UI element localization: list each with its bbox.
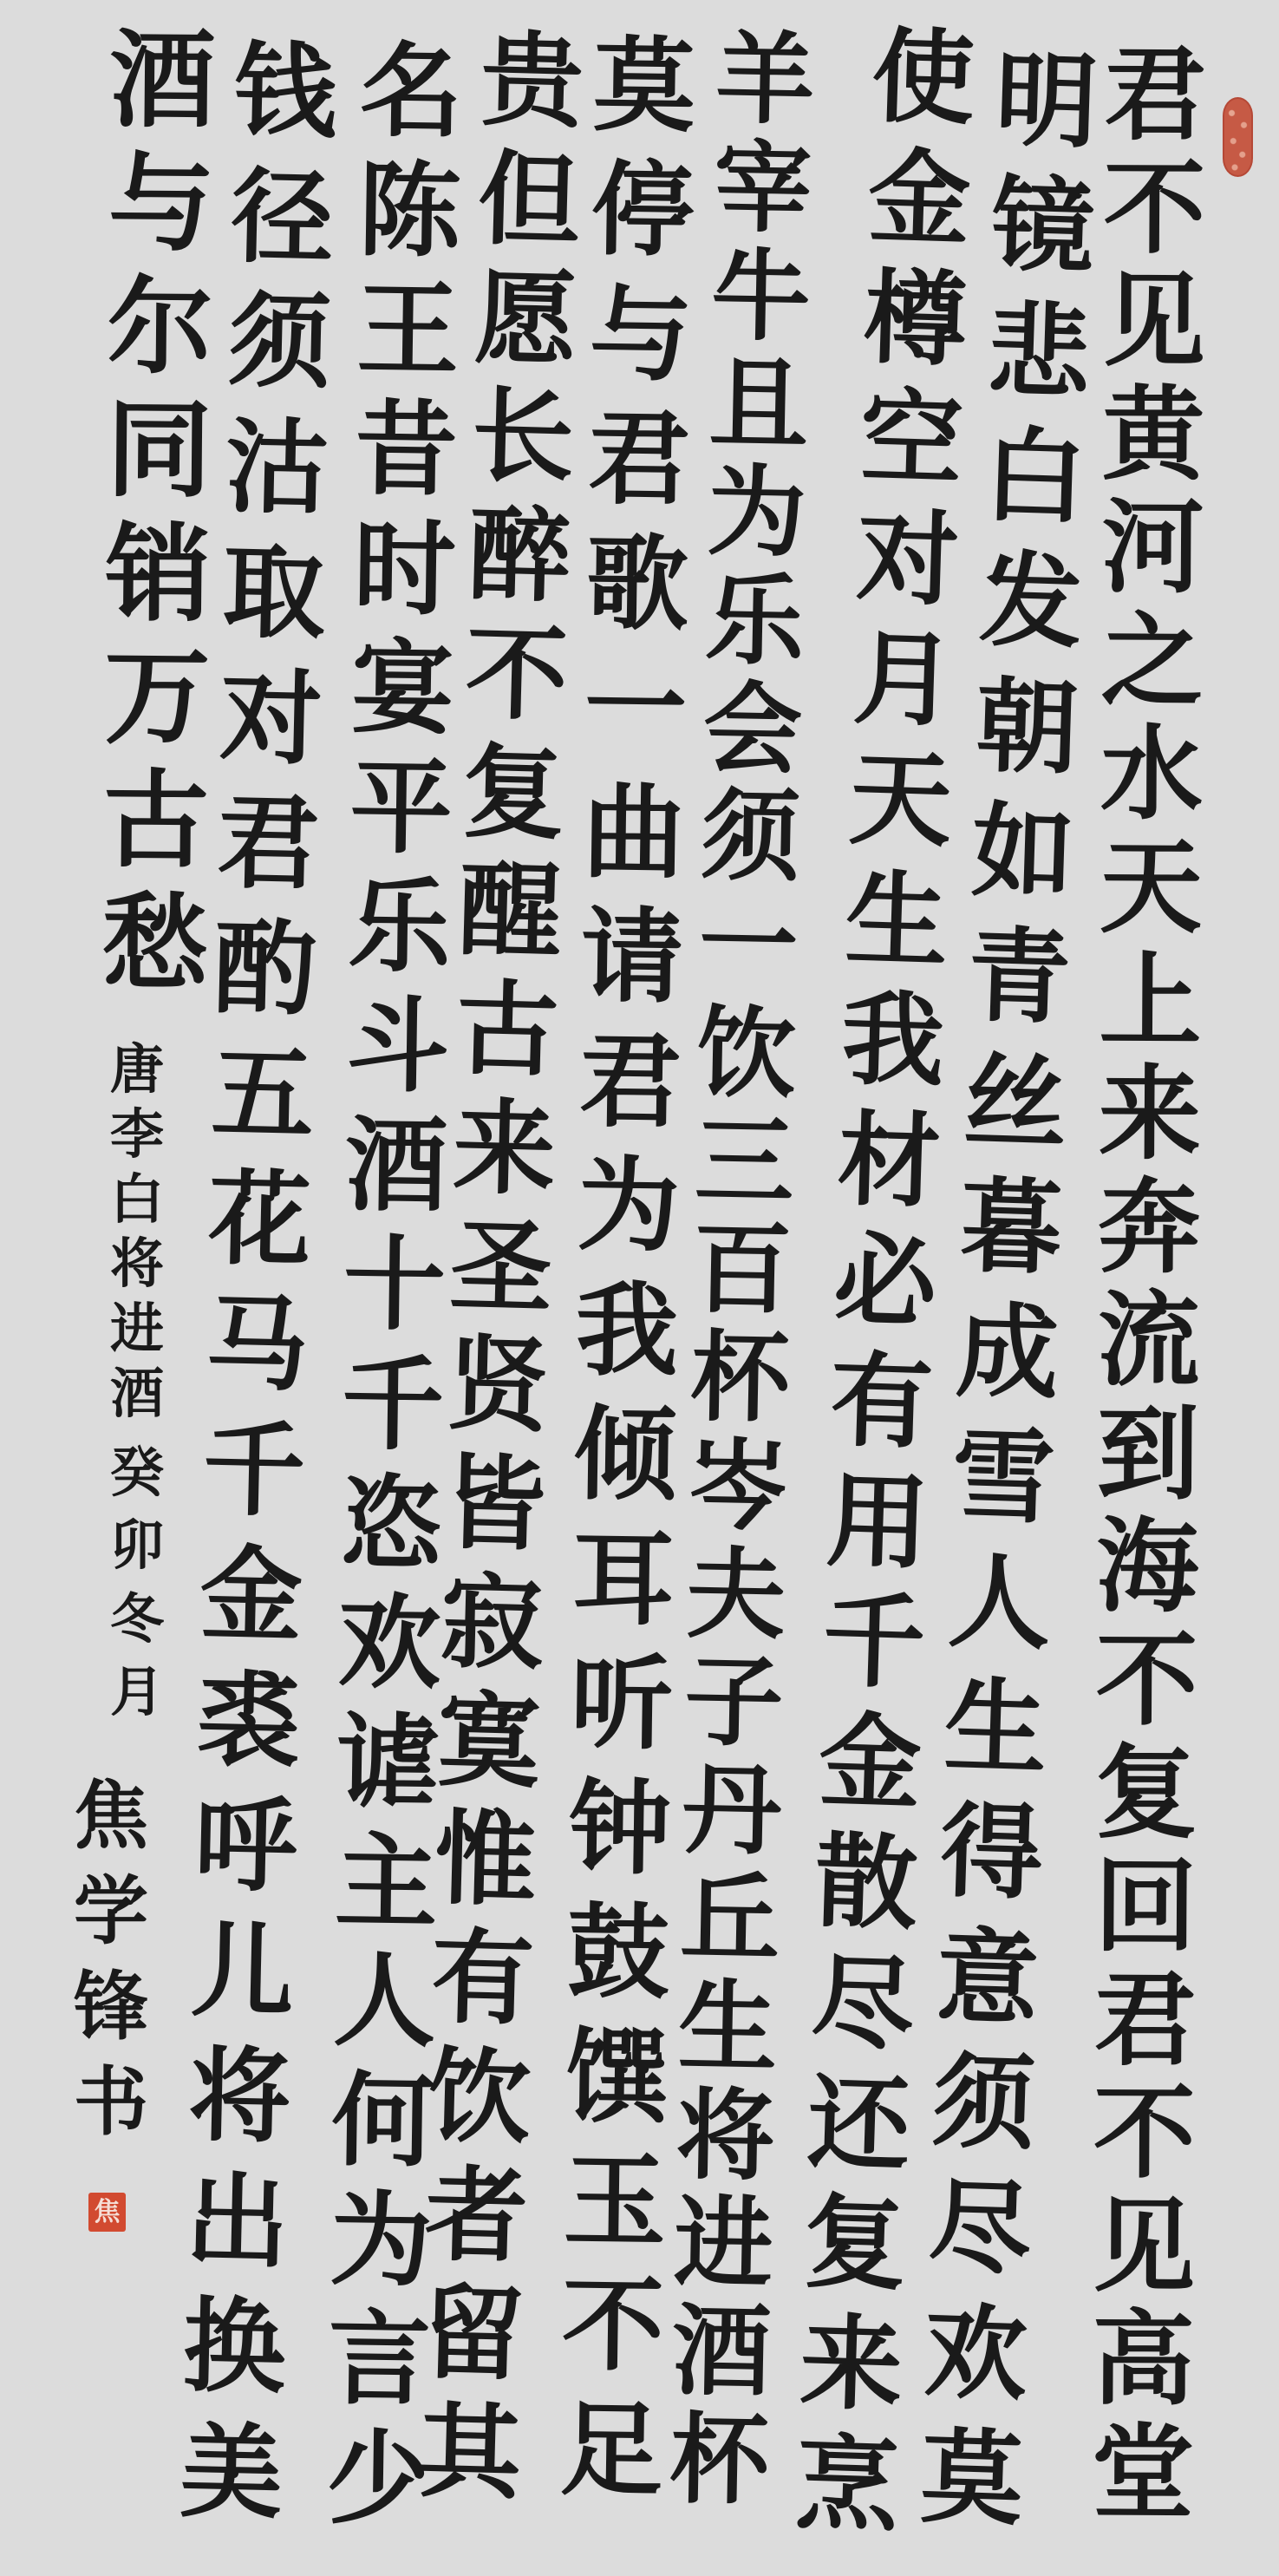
glyph: 足 [559,2398,663,2502]
artist-signature: 焦学锋书 [63,1779,159,2140]
glyph: 杯 [690,1327,791,1428]
glyph: 酒 [671,2301,772,2402]
glyph: 长 [471,384,576,489]
glyph: 酒 [344,1114,448,1218]
glyph: 尔 [107,273,213,380]
glyph: 径 [231,165,336,270]
glyph: 古 [102,766,209,873]
inscription-work-title: 唐李白将进酒 [94,1043,180,1421]
glyph: 五 [211,1042,316,1147]
glyph: 欢 [337,1591,441,1695]
glyph: 酒 [109,26,216,133]
glyph: 见 [1102,270,1205,373]
glyph: 对 [855,507,961,612]
glyph: 不 [561,2274,665,2378]
glyph: 为 [707,461,807,562]
glyph: 一 [698,894,799,995]
glyph: 将 [187,2044,292,2149]
glyph: 羊 [715,29,815,129]
glyph: 人 [333,1949,437,2053]
glyph: 夫 [686,1544,786,1644]
glyph: 进 [673,2193,773,2293]
glyph: 锋 [74,1970,148,2044]
glyph: 且 [708,353,809,454]
glyph: 生 [677,1977,778,2077]
glyph: 钱 [233,39,338,144]
glyph: 贵 [480,29,584,134]
glyph: 莫 [919,2425,1025,2531]
glyph: 流 [1097,1289,1200,1392]
glyph: 将 [110,1237,164,1291]
glyph: 曲 [582,781,686,885]
glyph: 月 [852,627,957,733]
glyph: 停 [591,159,695,263]
glyph: 古 [455,977,560,1082]
glyph: 尽 [810,1951,916,2056]
leading-seal-oval [1223,97,1253,177]
glyph: 须 [227,290,332,395]
glyph: 来 [799,2311,904,2417]
glyph: 尽 [927,2175,1033,2281]
glyph: 千 [821,1589,927,1695]
glyph: 散 [813,1830,919,1936]
glyph: 倾 [573,1402,677,1507]
glyph: 白 [110,1173,164,1226]
glyph: 黄 [1102,382,1205,486]
glyph: 意 [935,1925,1041,2030]
glyph: 回 [1094,1855,1197,1958]
glyph: 为 [577,1154,681,1258]
glyph: 君 [216,791,321,896]
glyph: 复 [1095,1742,1198,1845]
glyph: 名 [359,39,463,143]
glyph: 恣 [339,1472,443,1576]
glyph: 唐 [110,1043,164,1096]
glyph: 换 [182,2295,287,2400]
glyph: 奔 [1098,1175,1201,1278]
glyph: 君 [578,1030,682,1134]
glyph: 杯 [669,2409,770,2510]
glyph: 金 [866,146,972,252]
glyph: 谑 [336,1710,440,1814]
glyph: 千 [341,1352,445,1456]
glyph: 暮 [958,1174,1064,1280]
glyph: 三 [694,1111,794,1212]
glyph: 如 [970,799,1076,905]
glyph: 进 [110,1302,164,1356]
glyph: 复 [461,740,566,845]
glyph: 何 [331,2069,435,2173]
glyph: 生 [943,1675,1048,1781]
glyph: 高 [1092,2308,1195,2411]
glyph: 酒 [110,1367,164,1421]
glyph: 水 [1100,722,1204,826]
glyph: 与 [589,283,693,387]
glyph: 宴 [351,636,455,740]
glyph: 百 [692,1219,793,1319]
glyph: 焦 [74,1779,148,1854]
name-seal-square: 焦 [88,2193,126,2232]
glyph: 人 [947,1550,1053,1656]
glyph: 千 [202,1417,307,1522]
glyph: 生 [844,867,949,973]
glyph: 河 [1101,496,1204,599]
glyph: 来 [452,1095,557,1200]
glyph: 樽 [863,265,969,371]
inscription-date: 癸卯冬月 [94,1446,180,1719]
glyph: 醒 [458,859,563,964]
glyph: 明 [994,49,1100,154]
glyph: 歌 [585,532,689,636]
glyph: 不 [1093,2082,1197,2185]
glyph: 空 [859,386,965,492]
calligraphy-paper: 君不见黄河之水天上来奔流到海不复回君不见高堂 明镜悲白发朝如青丝暮成雪人生得意须… [0,0,1279,2576]
glyph: 到 [1097,1402,1200,1505]
glyph: 花 [207,1167,312,1272]
glyph: 陈 [357,159,461,263]
glyph: 还 [806,2070,912,2176]
glyph: 君 [587,408,691,512]
glyph: 醉 [467,503,572,608]
glyph: 丝 [963,1049,1068,1155]
glyph: 昔 [355,397,459,501]
glyph: 不 [1095,1629,1198,1732]
glyph: 丘 [680,1868,780,1969]
glyph: 岑 [688,1435,788,1536]
glyph: 李 [110,1108,164,1161]
glyph: 见 [1093,2194,1196,2298]
glyph: 成 [955,1299,1060,1405]
glyph: 烹 [795,2431,901,2537]
glyph: 愿 [473,265,578,370]
glyph: 言 [328,2307,432,2411]
glyph: 同 [106,396,212,503]
glyph: 冬 [110,1592,164,1646]
glyph: 会 [702,678,803,779]
glyph: 十 [343,1233,447,1337]
glyph: 时 [353,517,457,621]
glyph: 卯 [110,1519,164,1572]
glyph: 为 [330,2188,434,2292]
glyph: 月 [110,1665,164,1719]
glyph: 不 [1103,156,1206,259]
glyph: 王 [356,278,460,382]
glyph: 莫 [592,34,696,138]
glyph: 取 [222,540,327,645]
glyph: 万 [104,643,211,749]
glyph: 堂 [1091,2421,1194,2524]
glyph: 金 [199,1543,303,1648]
glyph: 得 [939,1800,1045,1906]
glyph: 朝 [975,674,1080,780]
glyph: 裘 [196,1668,301,1773]
glyph: 天 [848,747,954,853]
glyph: 鼓 [566,1900,670,2004]
glyph: 出 [185,2169,290,2274]
glyph: 必 [832,1228,938,1334]
glyph: 主 [335,1830,439,1934]
glyph: 对 [219,665,323,770]
glyph: 宰 [713,137,813,238]
glyph: 海 [1096,1515,1199,1618]
glyph: 不 [464,621,569,726]
glyph: 悲 [986,298,1092,404]
glyph: 钟 [568,1776,672,1880]
glyph: 愁 [101,889,208,996]
glyph: 金 [818,1710,923,1815]
glyph: 须 [931,2050,1037,2156]
glyph: 少 [326,2427,430,2531]
glyph: 酌 [213,916,318,1021]
glyph: 雪 [950,1425,1056,1531]
glyph: 复 [802,2191,908,2297]
glyph: 白 [982,424,1088,530]
glyph: 与 [108,150,215,257]
glyph: 沽 [225,415,330,520]
glyph: 丹 [682,1760,782,1860]
glyph: 马 [205,1292,310,1397]
glyph: 有 [829,1349,935,1455]
poem-column-9: 酒与尔同销万古愁 [85,26,232,996]
glyph: 美 [179,2420,284,2525]
glyph: 我 [575,1278,679,1383]
glyph: 耳 [571,1527,675,1631]
glyph: 君 [1104,43,1207,147]
glyph: 癸 [110,1446,164,1500]
glyph: 子 [683,1651,784,1752]
glyph: 儿 [191,1919,296,2024]
glyph: 材 [837,1108,943,1213]
glyph: 请 [580,905,684,1009]
glyph: 一 [584,657,688,761]
glyph: 呼 [193,1794,298,1899]
glyph: 销 [105,520,212,626]
glyph: 玉 [563,2149,667,2253]
glyph: 之 [1100,610,1204,713]
glyph: 但 [477,147,582,252]
glyph: 青 [966,925,1072,1030]
glyph: 乐 [704,570,805,670]
name-seal-glyph: 焦 [95,2200,121,2226]
glyph: 欢 [923,2300,1029,2406]
glyph: 发 [978,549,1084,655]
glyph: 镜 [990,173,1096,279]
glyph: 听 [570,1651,674,1755]
glyph: 饮 [696,1003,797,1103]
glyph: 上 [1099,949,1202,1052]
glyph: 学 [74,1874,148,1949]
glyph: 使 [871,25,976,131]
glyph: 我 [840,988,946,1094]
glyph: 平 [349,755,454,860]
glyph: 君 [1093,1968,1197,2071]
glyph: 来 [1099,1062,1202,1166]
glyph: 用 [825,1469,930,1575]
glyph: 须 [700,786,800,886]
glyph: 书 [74,2065,148,2140]
glyph: 牛 [710,245,811,346]
glyph: 天 [1100,836,1203,939]
glyph: 斗 [346,994,450,1098]
glyph: 乐 [348,875,452,979]
glyph: 将 [675,2084,776,2185]
glyph: 馔 [564,2025,669,2129]
